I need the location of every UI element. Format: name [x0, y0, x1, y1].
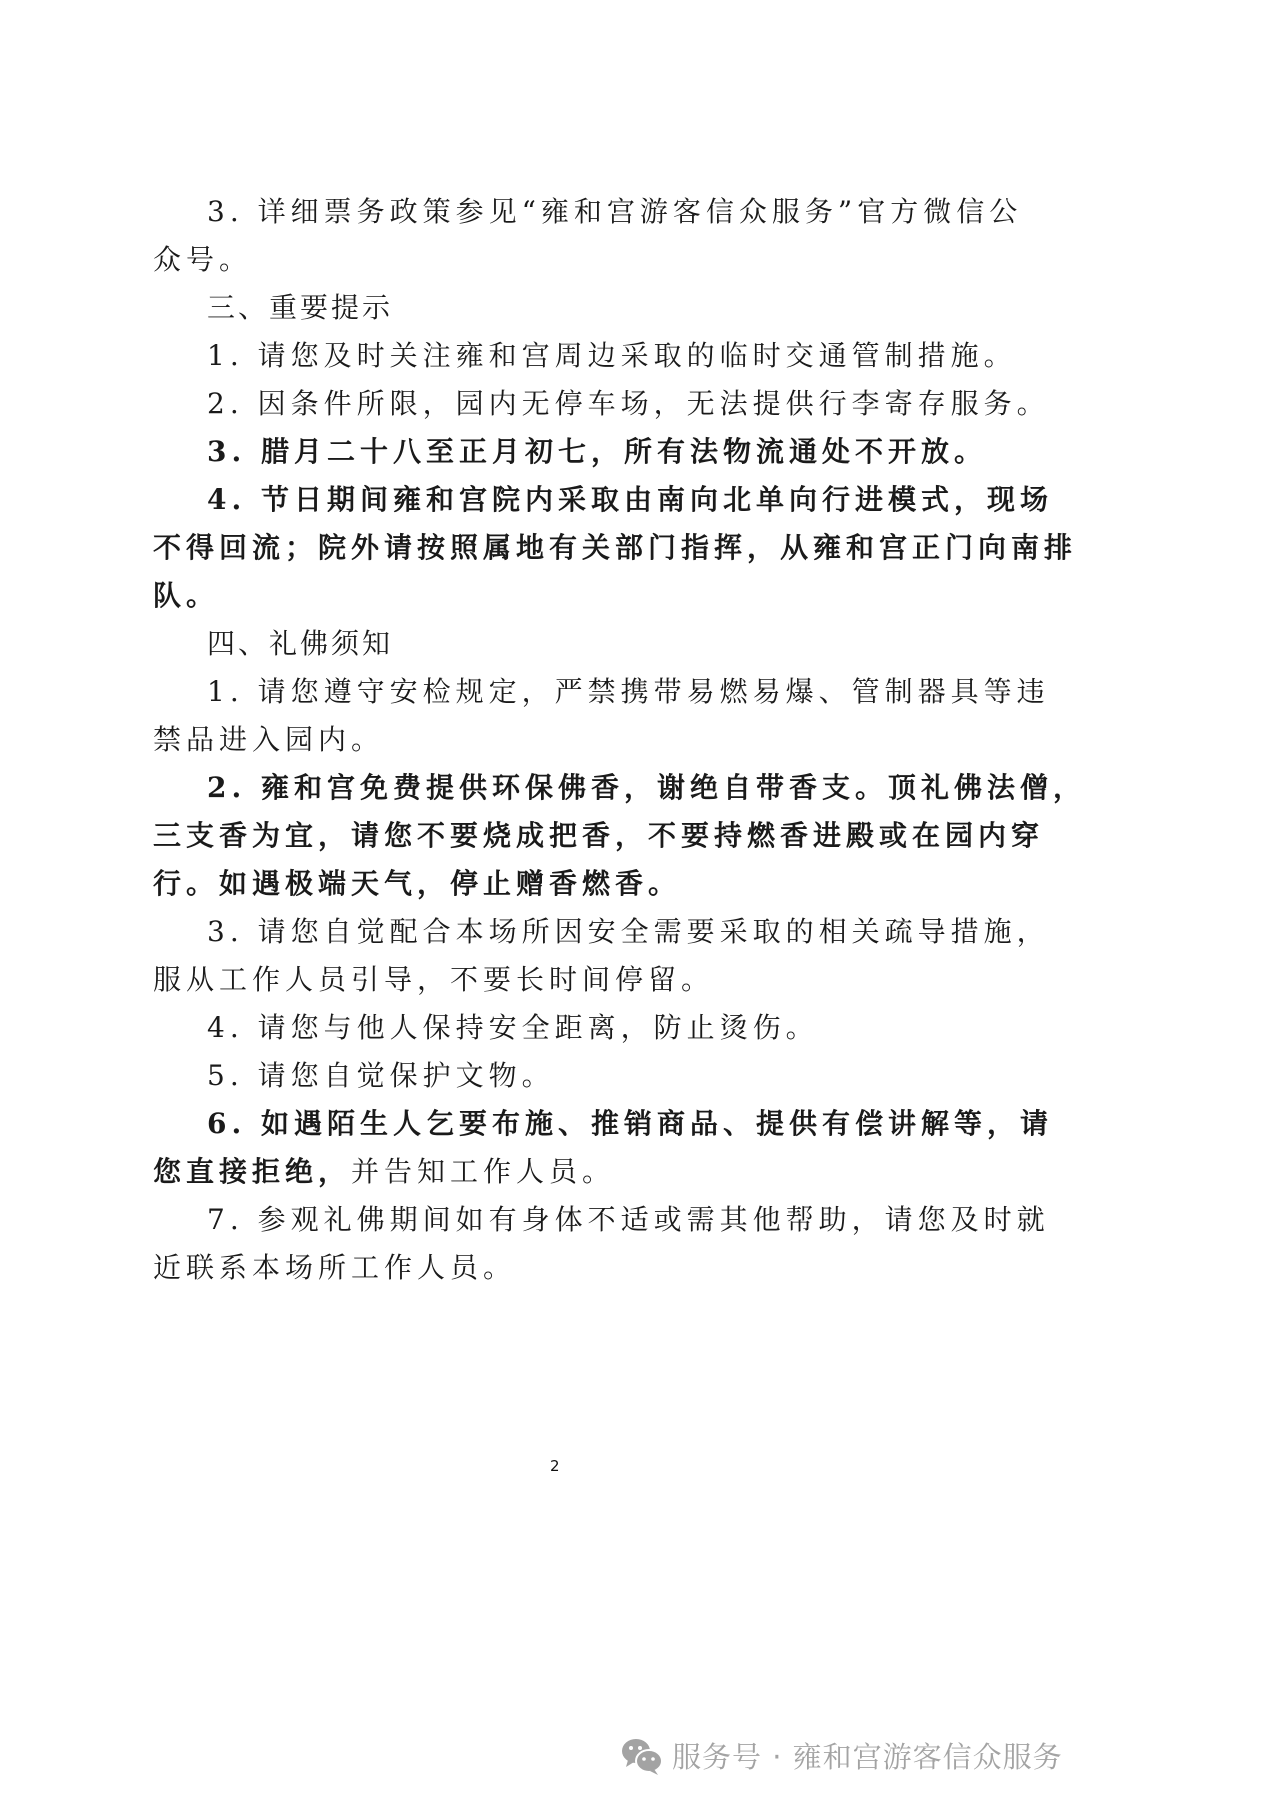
text-line: 近联系本场所工作人员。: [153, 1244, 973, 1292]
text-line-bold: 3. 腊月二十八至正月初七，所有法物流通处不开放。: [153, 428, 973, 476]
text-line-bold: 4. 节日期间雍和宫院内采取由南向北单向行进模式，现场: [153, 476, 973, 524]
text-line: 2. 因条件所限，园内无停车场，无法提供行李寄存服务。: [153, 380, 973, 428]
text-line-bold: 三支香为宜，请您不要烧成把香，不要持燃香进殿或在园内穿: [153, 812, 973, 860]
page-number: 2: [550, 1457, 560, 1475]
text-line-bold: 6. 如遇陌生人乞要布施、推销商品、提供有偿讲解等，请: [153, 1100, 973, 1148]
text-line: 1. 请您及时关注雍和宫周边采取的临时交通管制措施。: [153, 332, 973, 380]
text-line: 1. 请您遵守安检规定，严禁携带易燃易爆、管制器具等违: [153, 668, 973, 716]
text-span: 并告知工作人员。: [351, 1155, 615, 1188]
text-line: 5. 请您自觉保护文物。: [153, 1052, 973, 1100]
text-line: 众号。: [153, 236, 973, 284]
text-line-bold: 行。如遇极端天气，停止赠香燃香。: [153, 860, 973, 908]
text-line-bold: 2. 雍和宫免费提供环保佛香，谢绝自带香支。顶礼佛法僧，: [153, 764, 973, 812]
text-line: 服从工作人员引导，不要长时间停留。: [153, 956, 973, 1004]
section-heading-worship-notice: 四、礼佛须知: [153, 620, 973, 668]
text-line-bold: 队。: [153, 572, 973, 620]
watermark-text: 服务号 · 雍和宫游客信众服务: [672, 1735, 1063, 1776]
text-line: 禁品进入园内。: [153, 716, 973, 764]
text-line: 4. 请您与他人保持安全距离，防止烫伤。: [153, 1004, 973, 1052]
text-line: 3. 请您自觉配合本场所因安全需要采取的相关疏导措施，: [153, 908, 973, 956]
document-page: 3. 详细票务政策参见“雍和宫游客信众服务”官方微信公 众号。 三、重要提示 1…: [0, 0, 1280, 1810]
text-line: 3. 详细票务政策参见“雍和宫游客信众服务”官方微信公: [153, 188, 973, 236]
wechat-watermark: 服务号 · 雍和宫游客信众服务: [620, 1735, 1063, 1776]
text-line: 7. 参观礼佛期间如有身体不适或需其他帮助，请您及时就: [153, 1196, 973, 1244]
text-span-bold: 您直接拒绝，: [153, 1155, 351, 1188]
wechat-icon: [620, 1736, 664, 1776]
section-heading-important-tips: 三、重要提示: [153, 284, 973, 332]
document-body: 3. 详细票务政策参见“雍和宫游客信众服务”官方微信公 众号。 三、重要提示 1…: [153, 188, 973, 1292]
text-line-mixed: 您直接拒绝，并告知工作人员。: [153, 1148, 973, 1196]
text-line-bold: 不得回流；院外请按照属地有关部门指挥，从雍和宫正门向南排: [153, 524, 973, 572]
